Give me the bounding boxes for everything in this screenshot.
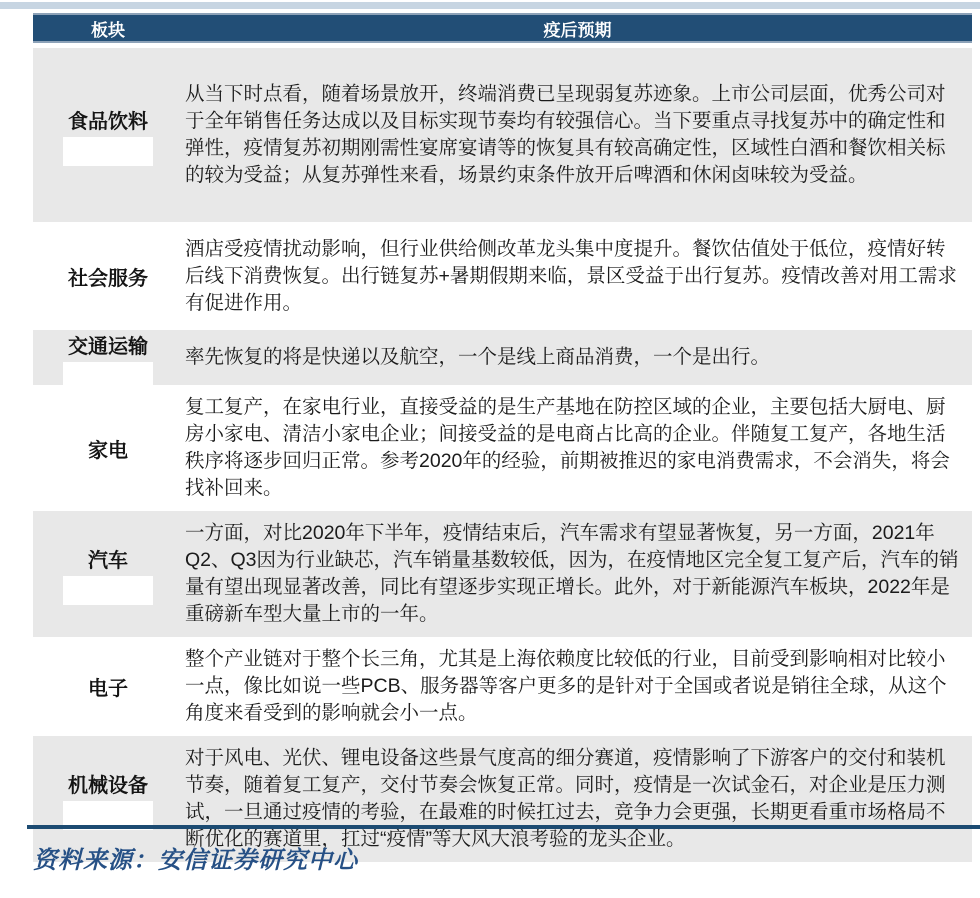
- header-cell-sector: 板块: [33, 16, 183, 41]
- header-cell-expectation: 疫后预期: [183, 16, 972, 41]
- sector-cell: 交通运输: [33, 330, 183, 385]
- sector-cell: 食品饮料: [33, 48, 183, 222]
- expectation-text: 率先恢复的将是快递以及航空，一个是线上商品消费，一个是出行。: [185, 344, 770, 371]
- source-note: 资料来源：安信证券研究中心: [33, 840, 358, 875]
- expectation-cell: 复工复产，在家电行业，直接受益的是生产基地在防控区域的企业，主要包括大厨电、厨房…: [183, 385, 972, 511]
- table-body: 食品饮料 从当下时点看，随着场景放开，终端消费已呈现弱复苏迹象。上市公司层面，优…: [33, 48, 972, 862]
- expectation-text: 复工复产，在家电行业，直接受益的是生产基地在防控区域的企业，主要包括大厨电、厨房…: [185, 394, 964, 502]
- sector-cell: 社会服务: [33, 222, 183, 330]
- table-row-food-beverage: 食品饮料 从当下时点看，随着场景放开，终端消费已呈现弱复苏迹象。上市公司层面，优…: [33, 48, 972, 222]
- sector-label: 家电: [88, 434, 128, 463]
- expectation-text: 整个产业链对于整个长三角，尤其是上海依赖度比较低的行业，目前受到影响相对比较小一…: [185, 646, 964, 727]
- expectation-text: 对于风电、光伏、锂电设备这些景气度高的细分赛道，疫情影响了下游客户的交付和装机节…: [185, 745, 964, 853]
- divider-line: [27, 825, 980, 829]
- sector-cell: 汽车: [33, 511, 183, 637]
- expectation-cell: 率先恢复的将是快递以及航空，一个是线上商品消费，一个是出行。: [183, 330, 972, 385]
- sector-cell: 家电: [33, 385, 183, 511]
- report-table-page: 板块 疫后预期 食品饮料 从当下时点看，随着场景放开，终端消费已呈现弱复苏迹象。…: [0, 0, 980, 898]
- expectation-cell: 一方面，对比2020年下半年，疫情结束后，汽车需求有望显著恢复，另一方面，202…: [183, 511, 972, 637]
- redaction-box: [63, 362, 153, 385]
- sector-label: 机械设备: [68, 769, 148, 798]
- sector-label: 电子: [88, 672, 128, 701]
- redaction-box: [63, 137, 153, 166]
- expectation-text: 酒店受疫情扰动影响，但行业供给侧改革龙头集中度提升。餐饮估值处于低位，疫情好转后…: [185, 236, 964, 317]
- table-row-home-appliances: 家电 复工复产，在家电行业，直接受益的是生产基地在防控区域的企业，主要包括大厨电…: [33, 385, 972, 511]
- table-row-social-services: 社会服务 酒店受疫情扰动影响，但行业供给侧改革龙头集中度提升。餐饮估值处于低位，…: [33, 222, 972, 330]
- table-row-transportation: 交通运输 率先恢复的将是快递以及航空，一个是线上商品消费，一个是出行。: [33, 330, 972, 385]
- sector-label: 社会服务: [68, 262, 148, 291]
- sector-cell: 电子: [33, 637, 183, 736]
- top-border-band: [0, 2, 980, 9]
- expectation-text: 从当下时点看，随着场景放开，终端消费已呈现弱复苏迹象。上市公司层面，优秀公司对于…: [185, 81, 964, 189]
- sector-label: 汽车: [88, 544, 128, 573]
- table-row-automobiles: 汽车 一方面，对比2020年下半年，疫情结束后，汽车需求有望显著恢复，另一方面，…: [33, 511, 972, 637]
- expectation-cell: 从当下时点看，随着场景放开，终端消费已呈现弱复苏迹象。上市公司层面，优秀公司对于…: [183, 48, 972, 222]
- expectation-cell: 整个产业链对于整个长三角，尤其是上海依赖度比较低的行业，目前受到影响相对比较小一…: [183, 637, 972, 736]
- table-header-row: 板块 疫后预期: [33, 13, 972, 43]
- expectation-text: 一方面，对比2020年下半年，疫情结束后，汽车需求有望显著恢复，另一方面，202…: [185, 520, 964, 628]
- sector-label: 食品饮料: [68, 105, 148, 134]
- table-row-electronics: 电子 整个产业链对于整个长三角，尤其是上海依赖度比较低的行业，目前受到影响相对比…: [33, 637, 972, 736]
- expectation-cell: 酒店受疫情扰动影响，但行业供给侧改革龙头集中度提升。餐饮估值处于低位，疫情好转后…: [183, 222, 972, 330]
- sector-label: 交通运输: [68, 330, 148, 359]
- sector-expectation-table: 板块 疫后预期 食品饮料 从当下时点看，随着场景放开，终端消费已呈现弱复苏迹象。…: [33, 13, 972, 862]
- redaction-box: [63, 576, 153, 605]
